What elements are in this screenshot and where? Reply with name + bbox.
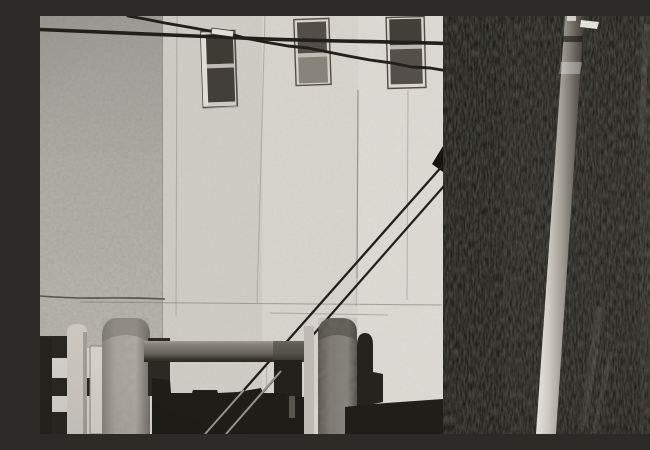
- etching-artwork: Black-and-white charcoal etching: a sunl…: [40, 16, 650, 434]
- artwork-canvas: [40, 16, 650, 434]
- tone-overlay: [40, 16, 650, 434]
